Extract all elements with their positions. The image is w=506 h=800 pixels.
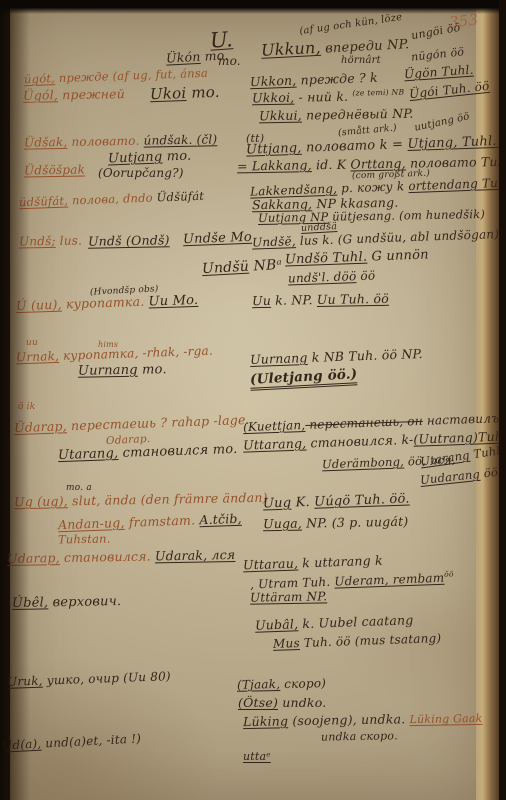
headword: Ud(a), [2, 737, 42, 753]
entry-otse: (Ötse) undko. [238, 696, 326, 710]
gloss: undko. [278, 695, 326, 710]
gloss: наставилъ, fog [423, 410, 506, 428]
gloss-equivalent: Udarak, лся [155, 547, 236, 563]
headword: = Lakkang, [237, 157, 312, 173]
headword: Uug [263, 496, 292, 512]
entry-ubel: Úbêl, верхович. [12, 595, 122, 611]
headword: Lüking [243, 713, 288, 729]
gloss: mo. [200, 47, 229, 63]
headword: Uurnang [78, 363, 138, 379]
headword: (Ötse) [238, 695, 278, 710]
note-text: ö ik [18, 402, 35, 412]
headword: Uu [252, 293, 271, 308]
headword: Ú (uu), [16, 297, 62, 314]
note-text: hörnârt [341, 55, 381, 66]
gloss-equivalent: Üdšüfát [156, 189, 204, 205]
entry-tuhstan: Tuhstan. [58, 533, 111, 547]
entry-uuga: Uuga, NP. (3 p. uugát) [263, 515, 409, 531]
gloss: id. K [312, 157, 351, 173]
manuscript-photo: 353 U. mo. (af ug och kün, löze ungöi öö… [0, 0, 506, 800]
entry-uletjang: (Uletjang öö.) [250, 367, 358, 387]
headword: Undšü [202, 259, 250, 277]
headword: Undšö Tuhl. [285, 250, 368, 268]
entry-ukoi-mo: Ukoi mo. [150, 84, 220, 103]
headword: Ükón [166, 49, 201, 66]
headword: Ukkun, [261, 38, 322, 60]
gloss: k uttarang k [298, 553, 383, 571]
entry-utta: uttaᵉ [243, 751, 271, 763]
gloss: p. кожу k [337, 179, 409, 195]
entry-undse-mo: Undše Mo [183, 231, 252, 248]
gloss: K. [291, 495, 314, 511]
gloss: NBᵃ [249, 257, 283, 275]
gloss-equivalent: Utjang, Tuhl. = [407, 133, 506, 152]
note-hornart: hörnârt [341, 55, 381, 66]
headword: Ukoi [150, 84, 187, 103]
note-text: uu [26, 338, 38, 348]
entry-tjaak: (Tjaak, скоро) [237, 677, 326, 692]
gloss-equivalent: Uu Tuh. öö [317, 291, 389, 307]
gloss: скоро) [280, 676, 326, 691]
entry-uu-k: Uu k. NP. Uu Tuh. öö [252, 292, 389, 308]
gloss: öö [479, 465, 498, 481]
gloss: öö [356, 268, 375, 283]
headword: Ukkon, [250, 73, 297, 90]
headword: Uttäram NP. [250, 589, 327, 604]
note-uu-sup: uu [26, 339, 38, 349]
gloss: становился. [60, 548, 155, 565]
entry-ugol: Ügól, прежней [23, 87, 125, 103]
gloss: G unnön [367, 247, 429, 264]
gloss: - ний k. [294, 89, 352, 105]
gloss-equivalent: Uu Mo. [148, 293, 198, 310]
headword: Uttjang, [246, 141, 302, 158]
gloss-equivalent: A.tčib, [199, 511, 242, 527]
gloss-superscript: öö [444, 569, 454, 578]
gloss: прежде ? k [296, 70, 378, 88]
headword: Ügól, [23, 87, 58, 103]
headword: Undš (Ondš) [88, 232, 170, 248]
gloss: üütjesang. (om hunedšik) [328, 207, 485, 224]
headword: undš'l. döö [288, 269, 357, 285]
note-text: mo. a [66, 483, 92, 493]
gloss: половато. [67, 134, 143, 149]
gloss: mo. [138, 362, 167, 378]
photo-right-edge [499, 0, 506, 800]
entry-udsospak: Üdšöšpak [24, 163, 85, 177]
headword: uttaᵉ [243, 750, 271, 763]
note-undka: undka скоро. [321, 730, 398, 743]
entry-uutjang-mo: Uutjang mo. [108, 150, 192, 167]
gloss: mo. [186, 83, 220, 102]
gloss: прежней [58, 86, 125, 102]
headword: Utarang, [58, 446, 119, 463]
entry-unds-onds: Undš (Ondš) [88, 233, 170, 248]
headword: Urnak, [16, 349, 59, 364]
headword: Uderämbong, [322, 454, 404, 471]
headword: Mus [273, 636, 300, 651]
headword: Uutjang [108, 150, 163, 167]
headword: Üdšak, [24, 135, 68, 150]
gloss: lus. [56, 233, 83, 247]
headword: Udarap, [7, 550, 60, 566]
entry-unds: Undš; lus. [19, 234, 82, 248]
gloss: переднёвый NP. [302, 106, 414, 123]
entry-ukkoi: Ukkoi, - ний k. (ze temi) NB [252, 89, 405, 106]
headword: (Kuettjan, [243, 418, 306, 434]
gloss-equivalent: Lüking Gaak [409, 712, 482, 726]
note-oorupcang: (Oorupčang?) [98, 167, 184, 180]
entry-ukkui: Ukkui, переднёвый NP. [259, 107, 414, 123]
gloss-equivalent: Uúgö Tuh. öö. [314, 491, 410, 509]
entry-uurnang-mo: Uurnang mo. [78, 363, 167, 379]
gloss: верхович. [48, 594, 121, 610]
gloss: framstam. [124, 512, 199, 530]
gloss-equivalent: úndšak. (čl) [143, 132, 217, 147]
entry-ukon: Ükón mo. [166, 48, 229, 65]
headword: Andan-ug, [58, 515, 125, 532]
headword: Undš; [19, 234, 56, 249]
gloss: k. NP. [271, 292, 317, 308]
headword: üdšüfát, [19, 194, 69, 210]
note-text: (Oorupčang?) [98, 166, 184, 180]
note-oik-sup: ö ik [18, 403, 35, 413]
gloss-superscript: (ze temi) NB [352, 88, 404, 98]
gloss: куропатка. [61, 294, 148, 312]
headword: Uubâl, [255, 616, 299, 632]
headword: Undše Mo [183, 230, 252, 247]
headword: (Tjaak, [237, 677, 280, 692]
headword: ügót, [24, 71, 55, 86]
headword: Uruk, [7, 674, 43, 689]
note-text: undka скоро. [321, 729, 398, 743]
gloss: (soojeng), undka. [288, 711, 410, 728]
gloss: Tuhstan. [58, 532, 111, 547]
gloss: mo. [162, 149, 192, 165]
headword: Ug (ug), [14, 493, 68, 509]
headword: Uurnang [250, 350, 308, 367]
headword: Uuga, [263, 516, 302, 532]
headword: Ukkui, [259, 108, 302, 124]
entry-uttaram: Uttäram NP. [250, 590, 327, 605]
headword: Ukkoi, [252, 90, 295, 106]
headword: Undšĕ, [252, 234, 296, 250]
headword: Üdšöšpak [24, 162, 85, 177]
headword: Üdarap, [14, 418, 67, 435]
headword: Úbêl, [12, 595, 49, 611]
gloss: NP. (3 p. uugát) [302, 514, 409, 531]
headword: Uttarau, [243, 556, 299, 573]
headword: Uttarang, [243, 435, 307, 452]
